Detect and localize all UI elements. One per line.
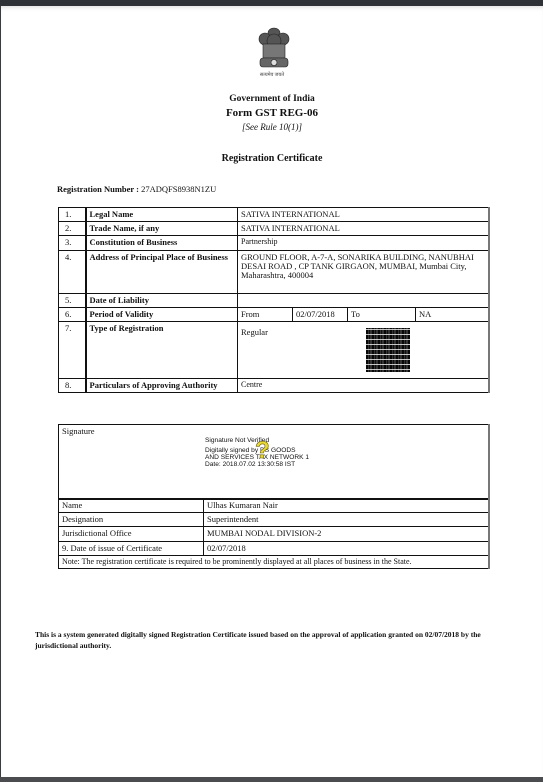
registration-number: Registration Number : 27ADQFS8938N1ZU bbox=[57, 184, 216, 194]
table-row: Name Ulhas Kumaran Nair bbox=[59, 499, 490, 513]
constitution-value: Partnership bbox=[238, 236, 490, 250]
row-number: 6. bbox=[59, 307, 86, 321]
officer-key: 9. Date of issue of Certificate bbox=[59, 541, 204, 555]
qr-code-icon bbox=[366, 328, 410, 372]
display-note: Note: The registration certificate is re… bbox=[59, 555, 490, 569]
document-page: सत्यमेव जयते Government of India Form GS… bbox=[1, 6, 543, 777]
row-number: 3. bbox=[59, 236, 86, 250]
registration-type-cell: Regular bbox=[238, 321, 490, 378]
row-label: Date of Liability bbox=[86, 293, 238, 307]
row-number: 2. bbox=[59, 222, 86, 236]
legal-name-value: SATIVA INTERNATIONAL bbox=[238, 208, 490, 222]
system-generated-notice: This is a system generated digitally sig… bbox=[35, 629, 515, 652]
officer-name-value: Ulhas Kumaran Nair bbox=[204, 499, 490, 513]
row-label: Constitution of Business bbox=[86, 236, 238, 250]
row-label: Trade Name, if any bbox=[86, 222, 238, 236]
row-number: 4. bbox=[59, 250, 86, 293]
address-value: GROUND FLOOR, A-7-A, SONARIKA BUILDING, … bbox=[238, 250, 490, 293]
registration-type-value: Regular bbox=[241, 328, 485, 337]
signature-unverified-question-icon[interactable]: ? bbox=[255, 439, 270, 463]
jurisdictional-office-value: MUMBAI NODAL DIVISION-2 bbox=[204, 527, 490, 541]
officer-key: Designation bbox=[59, 513, 204, 527]
table-row: 8. Particulars of Approving Authority Ce… bbox=[59, 378, 490, 392]
registration-number-label: Registration Number : bbox=[57, 184, 139, 194]
officer-table: Name Ulhas Kumaran Nair Designation Supe… bbox=[58, 498, 490, 569]
signature-table: Signature Signature Not Verified Digital… bbox=[58, 424, 490, 500]
validity-to-label: To bbox=[348, 307, 416, 321]
designation-value: Superintendent bbox=[204, 513, 490, 527]
table-row: Jurisdictional Office MUMBAI NODAL DIVIS… bbox=[59, 527, 490, 541]
table-row: 3. Constitution of Business Partnership bbox=[59, 236, 490, 250]
table-row: Note: The registration certificate is re… bbox=[59, 555, 490, 569]
signature-cell: Signature Signature Not Verified Digital… bbox=[59, 425, 490, 500]
government-title: Government of India bbox=[1, 94, 543, 104]
registration-number-value: 27ADQFS8938N1ZU bbox=[141, 184, 216, 194]
viewer-bottom-edge bbox=[0, 777, 543, 782]
rule-reference: [See Rule 10(1)] bbox=[1, 122, 543, 132]
row-label: Address of Principal Place of Business bbox=[86, 250, 238, 293]
date-of-liability-value bbox=[238, 293, 490, 307]
row-number: 8. bbox=[59, 378, 86, 392]
table-row: Designation Superintendent bbox=[59, 513, 490, 527]
table-row: 6. Period of Validity From 02/07/2018 To… bbox=[59, 307, 490, 321]
validity-to-value: NA bbox=[416, 307, 490, 321]
details-table: 1. Legal Name SATIVA INTERNATIONAL 2. Tr… bbox=[58, 207, 490, 393]
table-row: 1. Legal Name SATIVA INTERNATIONAL bbox=[59, 208, 490, 222]
row-label: Legal Name bbox=[86, 208, 238, 222]
signature-label: Signature bbox=[62, 426, 95, 436]
row-number: 7. bbox=[59, 321, 86, 378]
row-number: 1. bbox=[59, 208, 86, 222]
table-row: 5. Date of Liability bbox=[59, 293, 490, 307]
officer-key: Jurisdictional Office bbox=[59, 527, 204, 541]
table-row: Signature Signature Not Verified Digital… bbox=[59, 425, 490, 500]
table-row: 9. Date of issue of Certificate 02/07/20… bbox=[59, 541, 490, 555]
table-row: 4. Address of Principal Place of Busines… bbox=[59, 250, 490, 293]
row-label: Period of Validity bbox=[86, 307, 238, 321]
emblem-motto: सत्यमेव जयते bbox=[1, 72, 543, 78]
row-label: Particulars of Approving Authority bbox=[86, 378, 238, 392]
validity-from-value: 02/07/2018 bbox=[293, 307, 348, 321]
officer-key: Name bbox=[59, 499, 204, 513]
form-title: Form GST REG-06 bbox=[1, 107, 543, 119]
table-row: 7. Type of Registration Regular bbox=[59, 321, 490, 378]
trade-name-value: SATIVA INTERNATIONAL bbox=[238, 222, 490, 236]
approving-authority-value: Centre bbox=[238, 378, 490, 392]
table-row: 2. Trade Name, if any SATIVA INTERNATION… bbox=[59, 222, 490, 236]
issue-date-value: 02/07/2018 bbox=[204, 541, 490, 555]
row-number: 5. bbox=[59, 293, 86, 307]
row-label: Type of Registration bbox=[86, 321, 238, 378]
validity-from-label: From bbox=[238, 307, 293, 321]
certificate-title: Registration Certificate bbox=[1, 153, 543, 164]
